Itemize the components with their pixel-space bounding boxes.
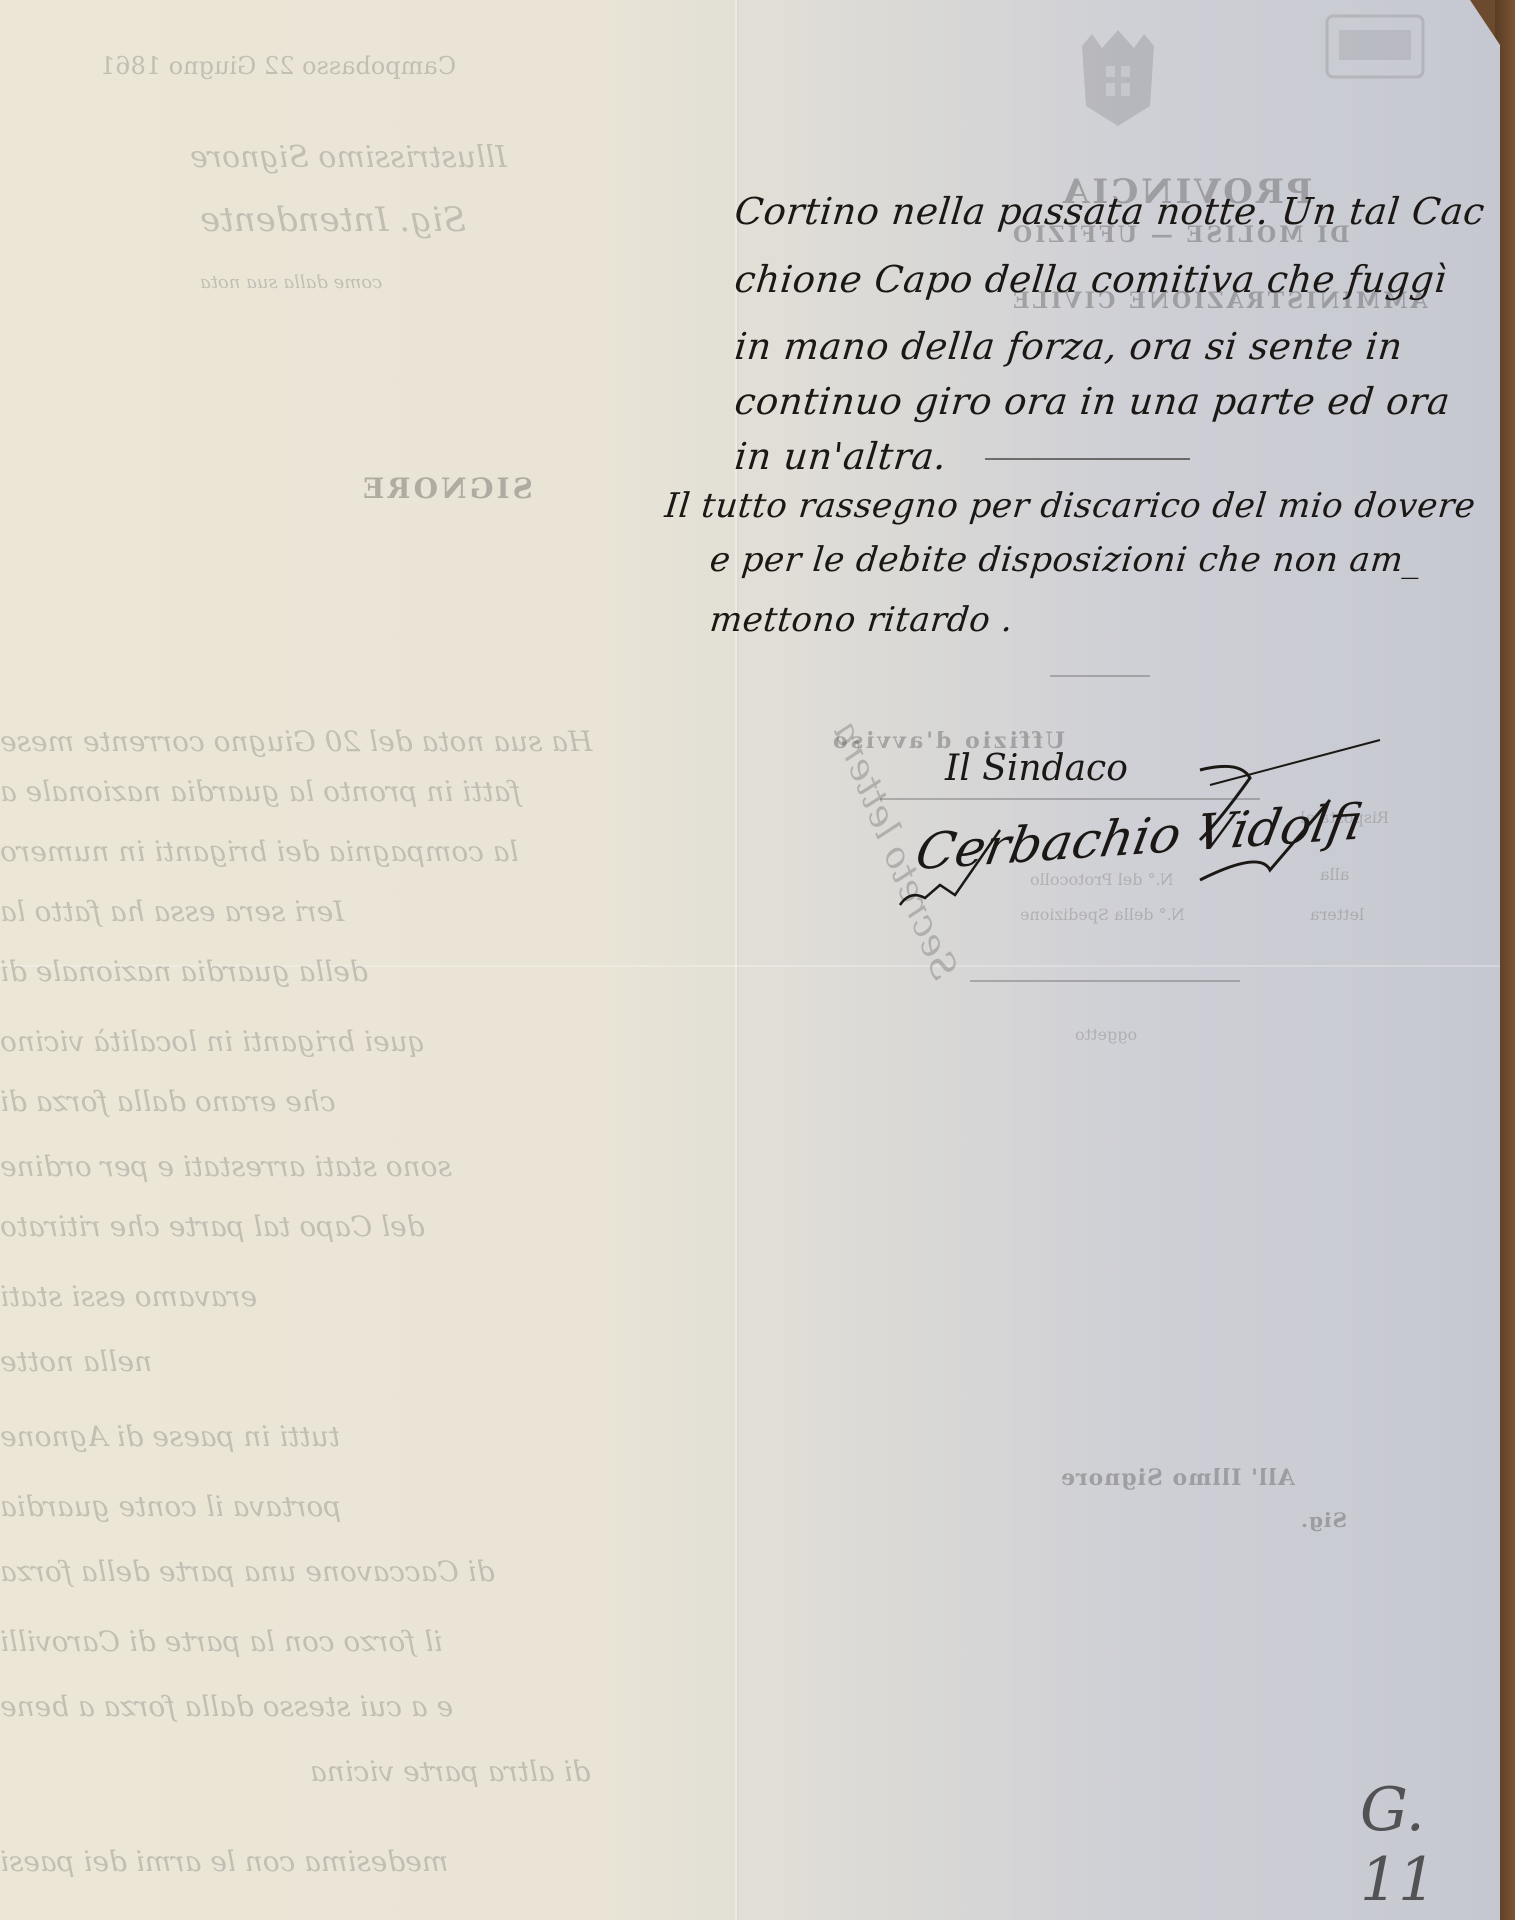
letter-line-5: in un'altra. xyxy=(733,435,949,478)
stamp-icon xyxy=(1325,14,1425,79)
ghost-script-1: Illustrissimo Signore xyxy=(190,140,507,175)
ghost-body-5: della guardia nazionale di xyxy=(0,955,368,988)
form-rule-3 xyxy=(970,980,1240,982)
ghost-body-10: eravamo essi stati xyxy=(0,1280,257,1313)
ghost-body-15: il forzo con la parte di Carovilli xyxy=(0,1625,442,1658)
ghost-script-3: come dalla sua nota xyxy=(200,272,382,293)
ghost-body-11: nella notte xyxy=(0,1345,152,1378)
ghost-body-7: che erano dalla forza di xyxy=(0,1085,336,1118)
ghost-body-17: di altra parte vicina xyxy=(310,1755,591,1788)
ghost-body-12: tutti in paese di Agnone xyxy=(0,1420,340,1453)
letter-line-6: Il tutto rassegno per discarico del mio … xyxy=(663,486,1478,526)
signature-flourish-icon xyxy=(880,730,1400,930)
coat-of-arms-icon xyxy=(1062,26,1174,136)
corner-archive-mark: G. 11 xyxy=(1360,1775,1500,1915)
letter-line-4: continuo giro ora in una parte ed ora xyxy=(733,380,1453,423)
letter-line-7: e per le debite disposizioni che non am_ xyxy=(708,540,1423,580)
line-filler-dash xyxy=(985,458,1190,460)
ghost-body-14: di Caccavone una parte della forza xyxy=(0,1555,495,1588)
ghost-body-4: Ieri sera essa ha fatto la xyxy=(0,895,344,928)
ghost-body-3: la compagnia dei briganti in numero xyxy=(0,835,518,868)
letter-line-2: chione Capo della comitiva che fuggì xyxy=(733,258,1449,301)
ghost-body-1: Ha sua nota del 20 Giugno corrente mese xyxy=(0,725,592,758)
ghost-body-9: del Capo tal parte che ritirato xyxy=(0,1210,425,1243)
ghost-addressee-1: Sig. xyxy=(1300,1508,1347,1532)
ghost-form-field-6: oggetto xyxy=(1075,1025,1137,1044)
paper-sheet: Campobasso 22 Giugno 1861 Illustrissimo … xyxy=(0,0,1500,1920)
ghost-body-13: portava il conte guardia xyxy=(0,1490,341,1523)
ghost-script-2: Sig. Intendente xyxy=(200,200,466,240)
ghost-body-2: fatti in pronto la guardia nazionale a xyxy=(0,775,521,808)
letter-line-1: Cortino nella passata notte. Un tal Cac xyxy=(733,190,1487,233)
ghost-body-6: quei briganti in località vicino xyxy=(0,1025,426,1058)
ghost-body-18: medesima con le armi dei paesi xyxy=(0,1845,448,1878)
ghost-dateline: Campobasso 22 Giugno 1861 xyxy=(100,52,456,80)
ghost-body-16: e a cui stesso dalla forza a bene xyxy=(0,1690,453,1723)
ghost-addressee-0: All' Illmo Signore xyxy=(1060,1465,1295,1491)
letter-line-3: in mano della forza, ora si sente in xyxy=(733,325,1405,368)
letter-line-8: mettono ritardo . xyxy=(708,600,1015,640)
ghost-salutation: SIGNORE xyxy=(360,472,533,505)
ghost-body-8: sono stati arrestati e per ordine xyxy=(0,1150,452,1183)
form-rule-1 xyxy=(1050,675,1150,677)
